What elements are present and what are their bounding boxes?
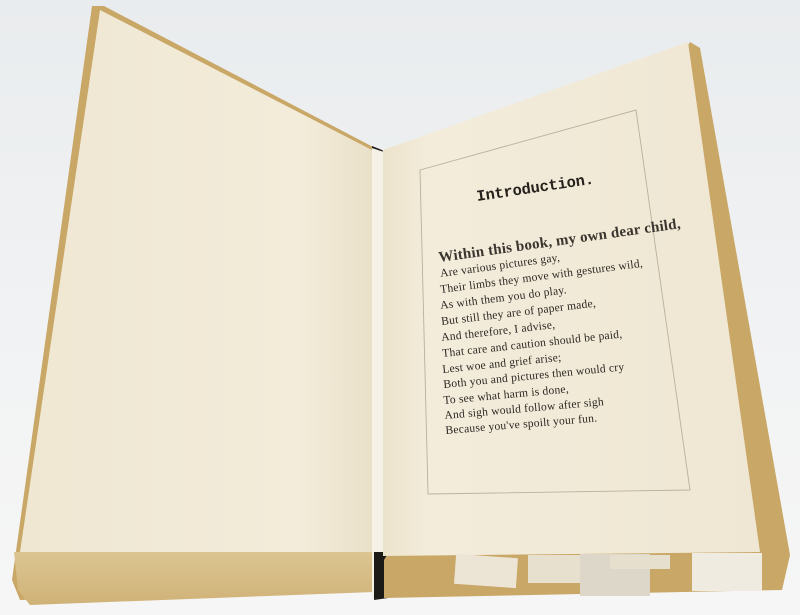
left-page-stained-edge <box>14 552 374 605</box>
paper-tab <box>528 555 580 583</box>
paper-tab <box>454 554 518 588</box>
paper-tab <box>610 555 670 569</box>
open-book <box>0 0 800 615</box>
left-page <box>20 10 372 552</box>
paper-tab <box>692 553 762 591</box>
